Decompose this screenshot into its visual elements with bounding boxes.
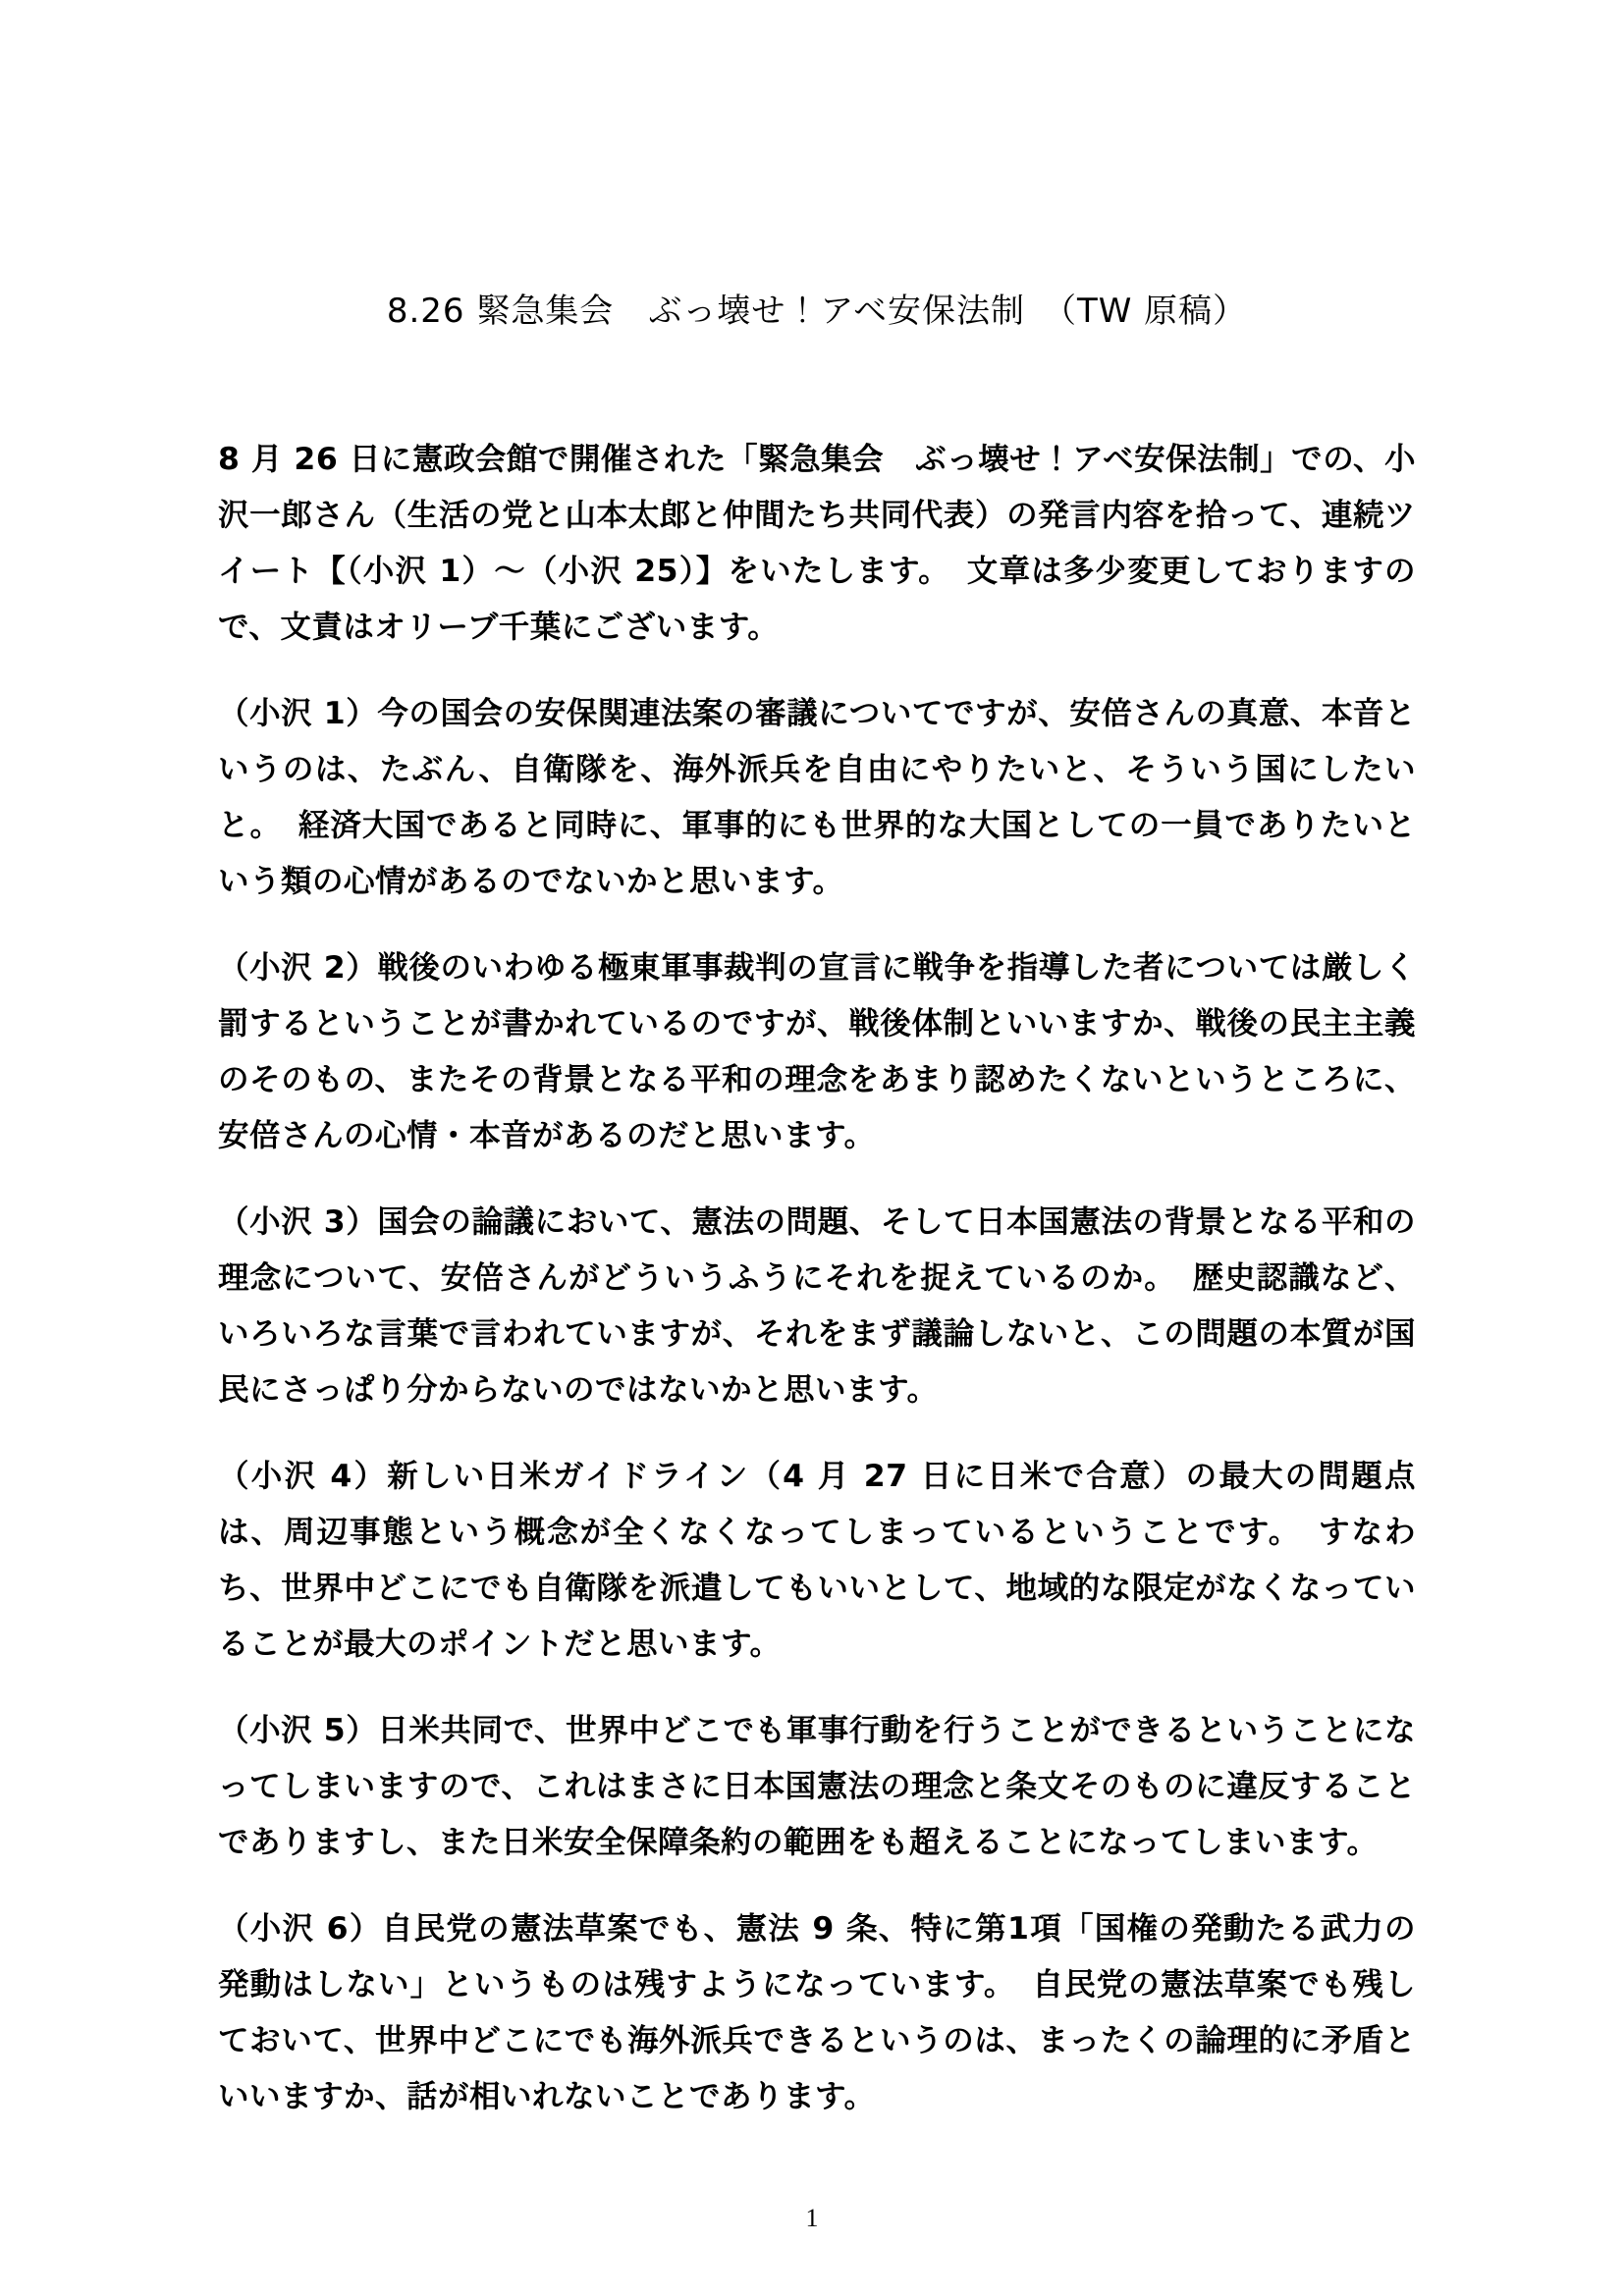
document-page: 8.26 緊急集会 ぶっ壊せ！アベ安保法制 （TW 原稿） 8 月 26 日に憲…: [0, 0, 1624, 2296]
paragraph-ozawa-4: （小沢 4）新しい日米ガイドライン（4 月 27 日に日米で合意）の最大の問題点…: [218, 1449, 1416, 1673]
document-title: 8.26 緊急集会 ぶっ壊せ！アベ安保法制 （TW 原稿）: [218, 291, 1416, 332]
paragraph-ozawa-1: （小沢 1）今の国会の安保関連法案の審議についてですが、安倍さんの真意、本音とい…: [218, 686, 1416, 910]
paragraph-ozawa-2: （小沢 2）戦後のいわゆる極東軍事裁判の宣言に戦争を指導した者については厳しく罰…: [218, 940, 1416, 1164]
paragraph-ozawa-6: （小沢 6）自民党の憲法草案でも、憲法 9 条、特に第1項「国権の発動たる武力の…: [218, 1901, 1416, 2125]
page-number: 1: [0, 2204, 1624, 2233]
paragraph-ozawa-3: （小沢 3）国会の論議において、憲法の問題、そして日本国憲法の背景となる平和の理…: [218, 1195, 1416, 1418]
paragraph-ozawa-5: （小沢 5）日米共同で、世界中どこでも軍事行動を行うことができるということになっ…: [218, 1703, 1416, 1871]
document-body: 8.26 緊急集会 ぶっ壊せ！アベ安保法制 （TW 原稿） 8 月 26 日に憲…: [218, 291, 1416, 2125]
paragraph-intro: 8 月 26 日に憲政会館で開催された「緊急集会 ぶっ壊せ！アベ安保法制」での、…: [218, 432, 1416, 656]
